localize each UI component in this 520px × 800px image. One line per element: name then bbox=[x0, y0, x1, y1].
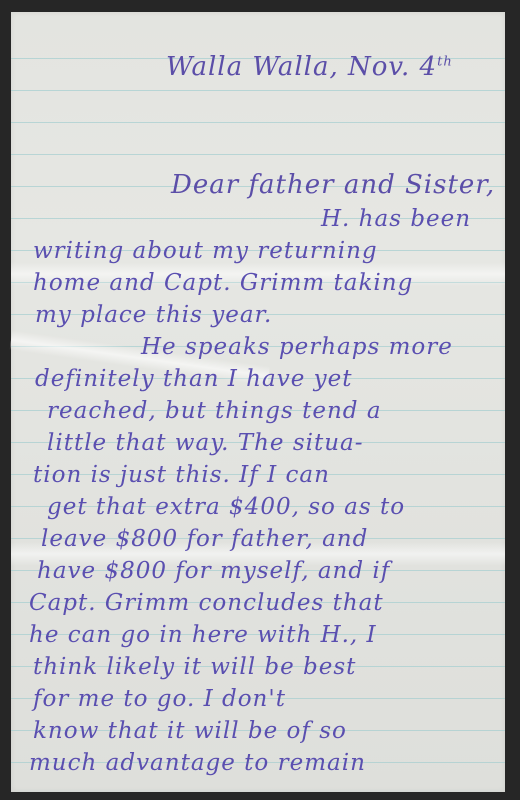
dateline-place: Walla Walla, bbox=[166, 52, 339, 82]
letter-line: leave $800 for father, and bbox=[41, 528, 368, 551]
letter-line: writing about my returning bbox=[33, 240, 378, 263]
letter-line: little that way. The situa- bbox=[47, 432, 364, 455]
letter-page: Walla Walla, Nov. 4th Dear father and Si… bbox=[11, 12, 505, 792]
letter-line: get that extra $400, so as to bbox=[47, 496, 405, 519]
letter-line: H. has been bbox=[321, 208, 471, 231]
letter-line: he can go in here with H., I bbox=[29, 624, 377, 647]
dateline-month: Nov. bbox=[348, 52, 410, 82]
letter-line: He speaks perhaps more bbox=[141, 336, 453, 359]
letter-line: my place this year. bbox=[35, 304, 272, 327]
letter-line: much advantage to remain bbox=[29, 752, 366, 775]
letter-line: have $800 for myself, and if bbox=[37, 560, 390, 583]
letter-line: Capt. Grimm concludes that bbox=[29, 592, 384, 615]
dateline-day: 4 bbox=[420, 52, 438, 82]
ruled-line bbox=[11, 90, 505, 91]
letter-line: reached, but things tend a bbox=[47, 400, 382, 423]
letter-line: know that it will be of so bbox=[33, 720, 347, 743]
letter-line: tion is just this. If I can bbox=[33, 464, 330, 487]
dateline: Walla Walla, Nov. 4th bbox=[166, 54, 453, 80]
letter-line: think likely it will be best bbox=[33, 656, 356, 679]
letter-line: home and Capt. Grimm taking bbox=[33, 272, 413, 295]
letter-line: for me to go. I don't bbox=[33, 688, 286, 711]
ruled-line bbox=[11, 122, 505, 123]
ruled-line bbox=[11, 154, 505, 155]
letter-line: definitely than I have yet bbox=[35, 368, 352, 391]
salutation: Dear father and Sister, bbox=[171, 172, 495, 198]
dateline-day-suffix: th bbox=[437, 54, 453, 69]
